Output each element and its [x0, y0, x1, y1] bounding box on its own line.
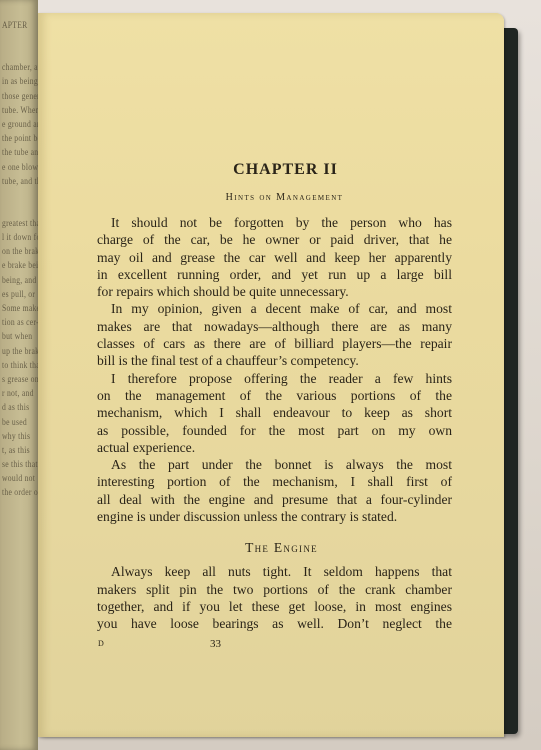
page-content: CHAPTER II Hints on Management It should… [97, 159, 452, 654]
page-footer: D 33 [97, 634, 452, 654]
left-page-line: be used [2, 415, 33, 429]
text-line: It should not be forgotten by the person… [97, 214, 452, 231]
left-page-line: would not [2, 471, 33, 485]
paragraph-4: As the part under the bonnet is always t… [97, 456, 452, 525]
text-line: charge of the car, be he owner or paid d… [97, 231, 452, 248]
left-page-line: e brake being [2, 258, 33, 272]
left-page-line: d as this [2, 400, 33, 414]
left-page-line: tube, and the [2, 174, 33, 188]
signature-mark: D [98, 634, 104, 654]
left-page-line: APTER [2, 18, 33, 32]
page-number: 33 [210, 634, 221, 654]
text-line: all deal with the engine and presume tha… [97, 491, 452, 508]
left-page-line: to think that [2, 358, 33, 372]
left-page-line: t, as this [2, 443, 33, 457]
left-page-line: in as being [2, 74, 33, 88]
text-line: actual experience. [97, 439, 452, 456]
left-page-line: e one blows [2, 160, 33, 174]
book-page: CHAPTER II Hints on Management It should… [38, 13, 504, 737]
left-page-line: the point bore [2, 131, 33, 145]
text-line: In my opinion, given a decent make of ca… [97, 300, 452, 317]
left-page-gap [2, 32, 33, 60]
left-page-text: APTER chamber, and in as being those gen… [2, 18, 33, 500]
text-line: makes are that nowadays—although there a… [97, 318, 452, 335]
text-line: in excellent running order, and yet run … [97, 266, 452, 283]
left-page-line: Some makes [2, 301, 33, 315]
left-page-line: the tube and [2, 145, 33, 159]
text-line: I therefore propose offering the reader … [97, 370, 452, 387]
chapter-body: It should not be forgotten by the person… [97, 214, 452, 654]
text-line: on the management of the various portion… [97, 387, 452, 404]
left-page-line: es pull, or [2, 287, 33, 301]
left-page-line: chamber, and [2, 60, 33, 74]
left-page-line: e ground and [2, 117, 33, 131]
left-page-line: greatest that [2, 216, 33, 230]
paragraph-1: It should not be forgotten by the person… [97, 214, 452, 300]
left-page-line: tion as cer- [2, 315, 33, 329]
text-line: As the part under the bonnet is always t… [97, 456, 452, 473]
text-line: together, and if you let these get loose… [97, 598, 452, 615]
text-line: classes of cars as there are of billiard… [97, 335, 452, 352]
left-facing-page: APTER chamber, and in as being those gen… [0, 0, 38, 750]
subheading-the-engine: The Engine [97, 535, 452, 560]
left-page-gap [2, 188, 33, 216]
paragraph-3: I therefore propose offering the reader … [97, 370, 452, 456]
text-line: bill is the final test of a chauffeur’s … [97, 352, 452, 369]
left-page-line: r not, and [2, 386, 33, 400]
left-page-line: s grease on [2, 372, 33, 386]
section-heading: Hints on Management [97, 190, 452, 206]
text-line: Always keep all nuts tight. It seldom ha… [97, 563, 452, 580]
left-page-line: tube. When [2, 103, 33, 117]
text-line: you have loose bearings as well. Don’t n… [97, 615, 452, 632]
text-line: makers split pin the two portions of the… [97, 581, 452, 598]
text-line: for repairs which should be quite unnece… [97, 283, 452, 300]
left-page-line: but when [2, 329, 33, 343]
left-page-line: l it down for [2, 230, 33, 244]
left-page-line: up the brake [2, 344, 33, 358]
text-line: as possible, founded for the most part o… [97, 422, 452, 439]
text-line: engine is under discussion unless the co… [97, 508, 452, 525]
left-page-line: why this [2, 429, 33, 443]
paragraph-2: In my opinion, given a decent make of ca… [97, 300, 452, 369]
text-line: mechanism, which I shall endeavour to ke… [97, 404, 452, 421]
chapter-title: CHAPTER II [97, 159, 452, 181]
left-page-line: those gener- [2, 89, 33, 103]
paragraph-engine: Always keep all nuts tight. It seldom ha… [97, 563, 452, 632]
text-line: may oil and grease the car well and keep… [97, 249, 452, 266]
left-page-line: the order of [2, 485, 33, 499]
left-page-line: being, and [2, 273, 33, 287]
text-line: interesting portion of the mechanism, I … [97, 473, 452, 490]
left-page-line: on the brake [2, 244, 33, 258]
left-page-line: se this that [2, 457, 33, 471]
